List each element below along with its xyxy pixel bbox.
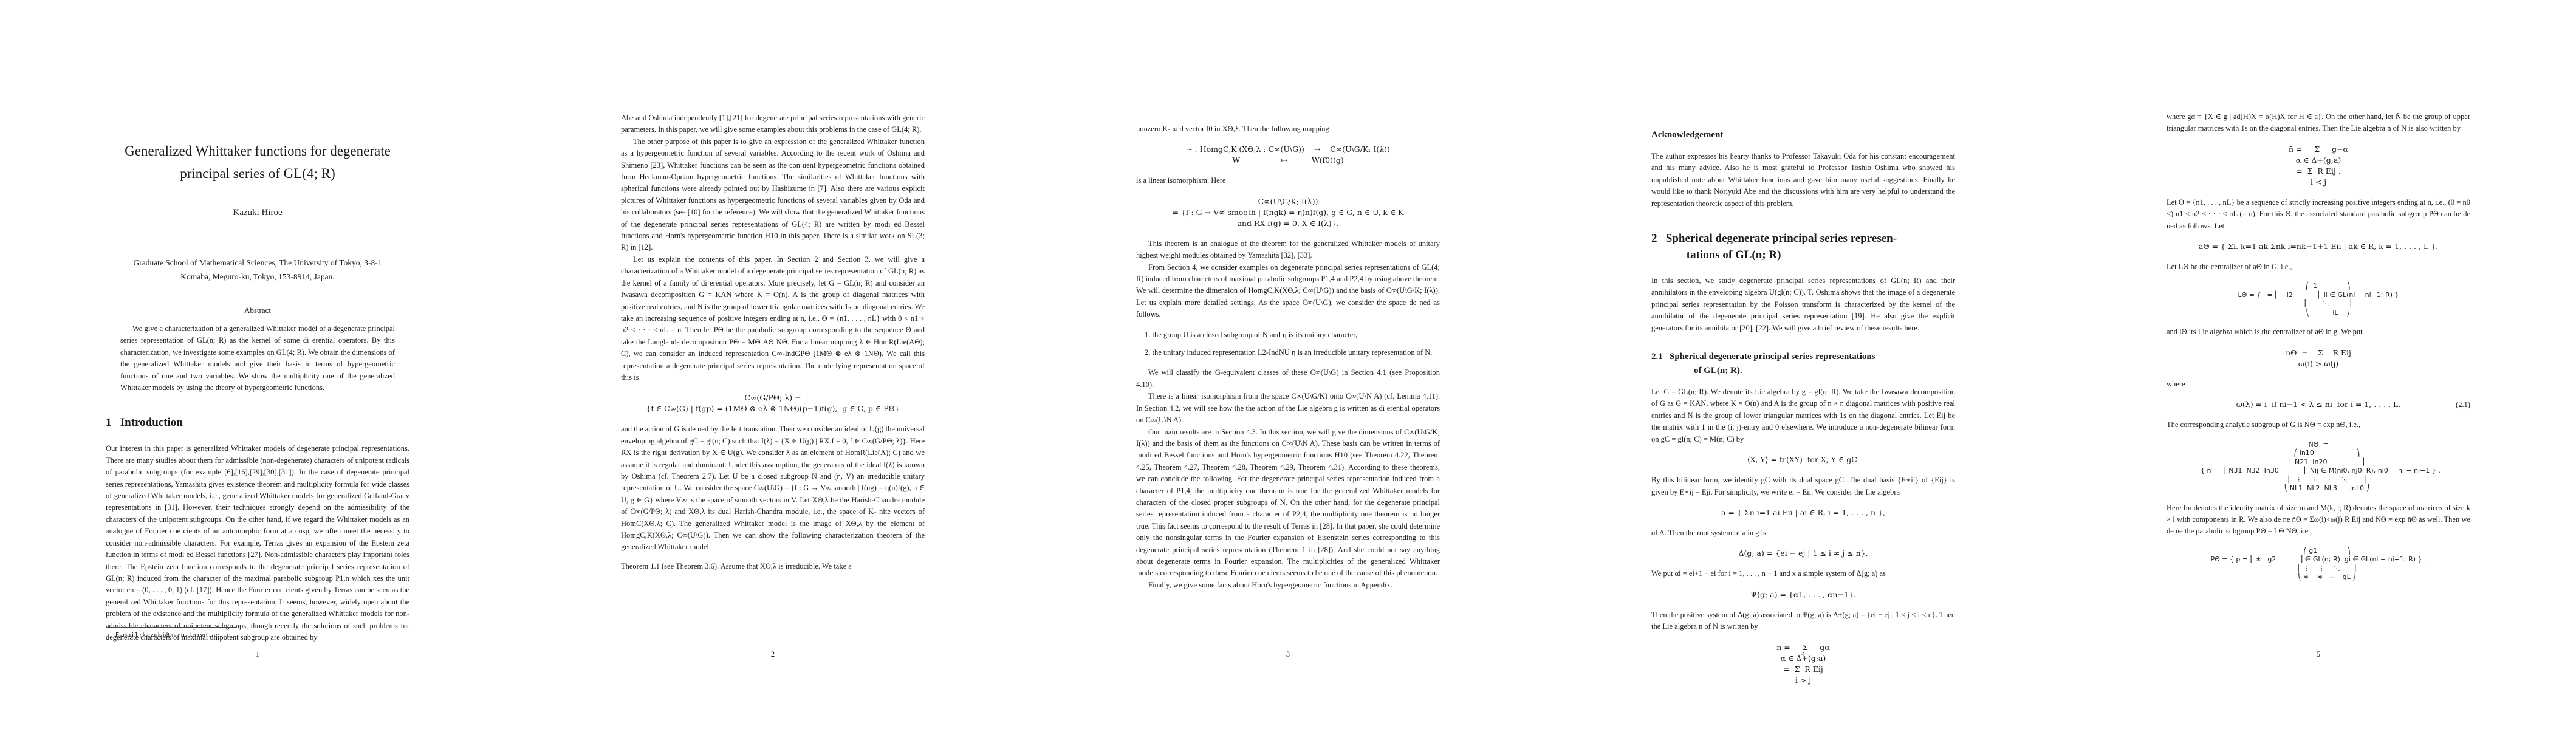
- paragraph: where: [2167, 378, 2470, 390]
- equation-line: = Σ R Eij: [1651, 664, 1955, 675]
- paper-title-line: Generalized Whittaker functions for dege…: [106, 140, 409, 162]
- author-name: Kazuki Hiroe: [106, 208, 409, 218]
- equation-line: LΘ = { l = ⎜ l2 ⎟ li ∈ GL(ni − ni−1; R) …: [2167, 291, 2470, 300]
- equation-line: PΘ = { p = ⎜ ∗ g2 ⎟ ∈ GL(n; R) gi ∈ GL(n…: [2167, 555, 2470, 564]
- subsection-heading: Acknowledgement: [1651, 128, 1955, 142]
- affiliation: Graduate School of Mathematical Sciences…: [106, 256, 409, 284]
- equation-line: W ↦ W(f0)(g): [1136, 155, 1440, 166]
- equation: Δ(g; a) = {ei − ej | 1 ≤ i ≠ j ≤ n}.: [1651, 548, 1955, 559]
- equation-line: n̄ = Σ g−α: [2167, 144, 2470, 155]
- enumerated-list: 1. the group U is a closed subgroup of N…: [1145, 329, 1440, 359]
- equation-line: = {f : G → V∞ smooth | f(ngk) = η(n)f(g)…: [1136, 207, 1440, 218]
- paragraph: Let G = GL(n; R). We denote its Lie alge…: [1651, 386, 1955, 445]
- paragraph: Let Θ = {n1, . . . , nL} be a sequence o…: [2167, 197, 2470, 232]
- equation-line: ⎝ NL1 NL2 NL3 InL0 ⎠: [2167, 484, 2470, 493]
- equation-line: a = { Σn i=1 ai Eii | ai ∈ R, i = 1, . .…: [1651, 507, 1955, 518]
- paragraph: The corresponding analytic subgroup of G…: [2167, 419, 2470, 431]
- page-4: 4AcknowledgementThe author expresses his…: [1546, 0, 2061, 729]
- equation: a = { Σn i=1 ai Eii | ai ∈ R, i = 1, . .…: [1651, 507, 1955, 518]
- page-number: 1: [0, 650, 515, 659]
- equation-line: i > j: [1651, 675, 1955, 686]
- page-content: where gα = {X ∈ g | ad(H)X = α(H)X for H…: [2061, 0, 2576, 582]
- equation: C∞(G/PΘ; λ) ={f ∈ C∞(G) | f(gp) = (1MΘ ⊗…: [621, 392, 925, 414]
- paragraph: is a linear isomorphism. Here: [1136, 175, 1440, 187]
- paragraph: This theorem is an analogue of the theor…: [1136, 238, 1440, 262]
- equation: nΘ = Σ R Eijω(i) > ω(j): [2167, 347, 2470, 369]
- paragraph: nonzero K- xed vector f0 in XΘ,λ. Then t…: [1136, 123, 1440, 135]
- paper-document: arXiv:0809.2127v1 [math.RT] 12 Sep 2008 …: [0, 0, 2576, 729]
- equation-line: ⎝ lL ⎠: [2167, 309, 2470, 318]
- affiliation-line: Komaba, Meguro-ku, Tokyo, 153-8914, Japa…: [106, 270, 409, 284]
- paragraph: There is a linear isomorphism from the s…: [1136, 391, 1440, 426]
- page-content: nonzero K- xed vector f0 in XΘ,λ. Then t…: [1030, 0, 1546, 591]
- equation-line: aΘ = { ΣL k=1 ak Σnk i=nk−1+1 Eii | ak ∈…: [2167, 241, 2470, 252]
- equation-line: = Σ R Eij .: [2167, 166, 2470, 177]
- equation-line: and RX f(g) = 0, X ∈ I(λ)}.: [1136, 218, 1440, 229]
- equation-line: i < j: [2167, 177, 2470, 188]
- paragraph: of A. Then the root system of a in g is: [1651, 527, 1955, 539]
- paragraph: Let LΘ be the centralizer of aΘ in G, i.…: [2167, 261, 2470, 273]
- paragraph: and the action of G is de ned by the lef…: [621, 423, 925, 553]
- section-heading: 2 Spherical degenerate principal series …: [1651, 230, 1955, 263]
- equation-line: ⎝ ∗ ∗ ⋯ gL ⎠: [2167, 573, 2470, 582]
- paragraph: Abe and Oshima independently [1],[21] fo…: [621, 112, 925, 136]
- equation: n̄ = Σ g−αα ∈ Δ+(g;a)= Σ R Eij .i < j: [2167, 144, 2470, 188]
- page-3: 3nonzero K- xed vector f0 in XΘ,λ. Then …: [1030, 0, 1546, 729]
- section-heading: 1 Introduction: [106, 414, 409, 431]
- paragraph: and lΘ its Lie algebra which is the cent…: [2167, 326, 2470, 338]
- page-number: 2: [515, 650, 1030, 659]
- equation-line: C∞(G/PΘ; λ) =: [621, 392, 925, 403]
- equation-number: (2.1): [2456, 399, 2470, 410]
- equation-line: ~ : HomgC,K (XΘ,λ ; C∞(U\G)) → C∞(U\G/K;…: [1136, 144, 1440, 155]
- equation-line: ⎛ In10 ⎞: [2167, 449, 2470, 458]
- theorem-statement: Theorem 1.1 (see Theorem 3.6). Assume th…: [621, 561, 925, 572]
- page-5: 5where gα = {X ∈ g | ad(H)X = α(H)X for …: [2061, 0, 2576, 729]
- equation: ⎛ g1 ⎞PΘ = { p = ⎜ ∗ g2 ⎟ ∈ GL(n; R) gi …: [2167, 547, 2470, 582]
- page-content: AcknowledgementThe author expresses his …: [1546, 0, 2061, 686]
- paragraph: Then the positive system of Δ(g; a) asso…: [1651, 609, 1955, 633]
- affiliation-line: Graduate School of Mathematical Sciences…: [106, 256, 409, 270]
- page-number: 5: [2061, 650, 2576, 659]
- equation-line: α ∈ Δ+(g;a): [1651, 653, 1955, 664]
- equation-line: C∞(U\G/K; I(λ)): [1136, 196, 1440, 207]
- equation-line: ⎜ ⋮ ⋮ ⋱ ⎟: [2167, 564, 2470, 573]
- paragraph: Let us explain the contents of this pape…: [621, 254, 925, 383]
- equation-line: { n = ⎜ N31 N32 In30 ⎟ Nij ∈ M(ni0, nj0;…: [2167, 467, 2470, 476]
- paragraph: We will classify the G-equivalent classe…: [1136, 367, 1440, 391]
- footnote-rule: [106, 627, 237, 628]
- equation-line: Δ(g; a) = {ei − ej | 1 ≤ i ≠ j ≤ n}.: [1651, 548, 1955, 559]
- paper-title-line: principal series of GL(4; R): [106, 162, 409, 185]
- paragraph: The author expresses his hearty thanks t…: [1651, 151, 1955, 210]
- paragraph: The other purpose of this paper is to gi…: [621, 136, 925, 254]
- paragraph: In this section, we study degenerate pri…: [1651, 275, 1955, 334]
- paragraph: Our main results are in Section 4.3. In …: [1136, 426, 1440, 580]
- equation-line: ⎛ g1 ⎞: [2167, 547, 2470, 556]
- equation-line: ⎜ N21 In20 ⎟: [2167, 458, 2470, 467]
- equation-line: ⎛ l1 ⎞: [2167, 282, 2470, 291]
- page-number: 3: [1030, 650, 1546, 659]
- list-item: 2. the unitary induced representation L2…: [1145, 347, 1440, 358]
- paragraph: Our interest in this paper is generalize…: [106, 443, 409, 643]
- equation-line: ⎜ ⋮ ⋮ ⋮ ⋱ ⎟: [2167, 476, 2470, 485]
- page-2: 2Abe and Oshima independently [1],[21] f…: [515, 0, 1030, 729]
- equation: NΘ = ⎛ In10 ⎞ ⎜ N21 In20 ⎟ { n = ⎜ N31 N…: [2167, 440, 2470, 493]
- equation-line: ω(i) > ω(j): [2167, 358, 2470, 369]
- paper-title: Generalized Whittaker functions for dege…: [106, 140, 409, 185]
- equation: n = Σ gαα ∈ Δ+(g;a)= Σ R Eiji > j: [1651, 642, 1955, 686]
- abstract-text: We give a characterization of a generali…: [120, 323, 395, 394]
- equation-line: α ∈ Δ+(g;a): [2167, 155, 2470, 166]
- equation-line: {f ∈ C∞(G) | f(gp) = (1MΘ ⊗ eλ ⊗ 1NΘ)(p−…: [621, 403, 925, 414]
- equation-line: ⟨X, Y⟩ = tr(XY) for X, Y ∈ gC.: [1651, 454, 1955, 465]
- page-1: E-mail:kazuki@ms.u-tokyo.ac.jp1Generaliz…: [0, 0, 515, 729]
- equation-line: ω(λ) = i if ni−1 < λ ≤ ni for i = 1, . .…: [2167, 399, 2470, 410]
- equation: aΘ = { ΣL k=1 ak Σnk i=nk−1+1 Eii | ak ∈…: [2167, 241, 2470, 252]
- equation-line: n = Σ gα: [1651, 642, 1955, 653]
- page-content: Abe and Oshima independently [1],[21] fo…: [515, 0, 1030, 572]
- equation-line: NΘ =: [2167, 440, 2470, 450]
- paragraph: where gα = {X ∈ g | ad(H)X = α(H)X for H…: [2167, 111, 2470, 135]
- list-item: 1. the group U is a closed subgroup of N…: [1145, 329, 1440, 341]
- abstract-heading: Abstract: [106, 306, 409, 315]
- equation: Ψ(g; a) = {α1, . . . , αn−1}.: [1651, 589, 1955, 600]
- footnote-email: E-mail:kazuki@ms.u-tokyo.ac.jp: [115, 632, 231, 639]
- subsection-heading: 2.1 Spherical degenerate principal serie…: [1651, 350, 1955, 378]
- equation: C∞(U\G/K; I(λ))= {f : G → V∞ smooth | f(…: [1136, 196, 1440, 229]
- paragraph: We put αi = ei+1 − ei for i = 1, . . . ,…: [1651, 568, 1955, 580]
- page-content: Generalized Whittaker functions for dege…: [0, 0, 515, 643]
- equation: ⎛ l1 ⎞LΘ = { l = ⎜ l2 ⎟ li ∈ GL(ni − ni−…: [2167, 282, 2470, 317]
- paragraph: Finally, we give some facts about Horn's…: [1136, 580, 1440, 591]
- equation: ⟨X, Y⟩ = tr(XY) for X, Y ∈ gC.: [1651, 454, 1955, 465]
- paragraph: From Section 4, we consider examples on …: [1136, 262, 1440, 321]
- equation: ~ : HomgC,K (XΘ,λ ; C∞(U\G)) → C∞(U\G/K;…: [1136, 144, 1440, 166]
- equation-line: nΘ = Σ R Eij: [2167, 347, 2470, 358]
- paragraph: By this bilinear form, we identify gC wi…: [1651, 474, 1955, 498]
- equation-line: ⎜ ⋱ ⎟: [2167, 299, 2470, 309]
- paragraph: Here Im denotes the identity matrix of s…: [2167, 502, 2470, 538]
- equation-line: Ψ(g; a) = {α1, . . . , αn−1}.: [1651, 589, 1955, 600]
- equation: ω(λ) = i if ni−1 < λ ≤ ni for i = 1, . .…: [2167, 399, 2470, 410]
